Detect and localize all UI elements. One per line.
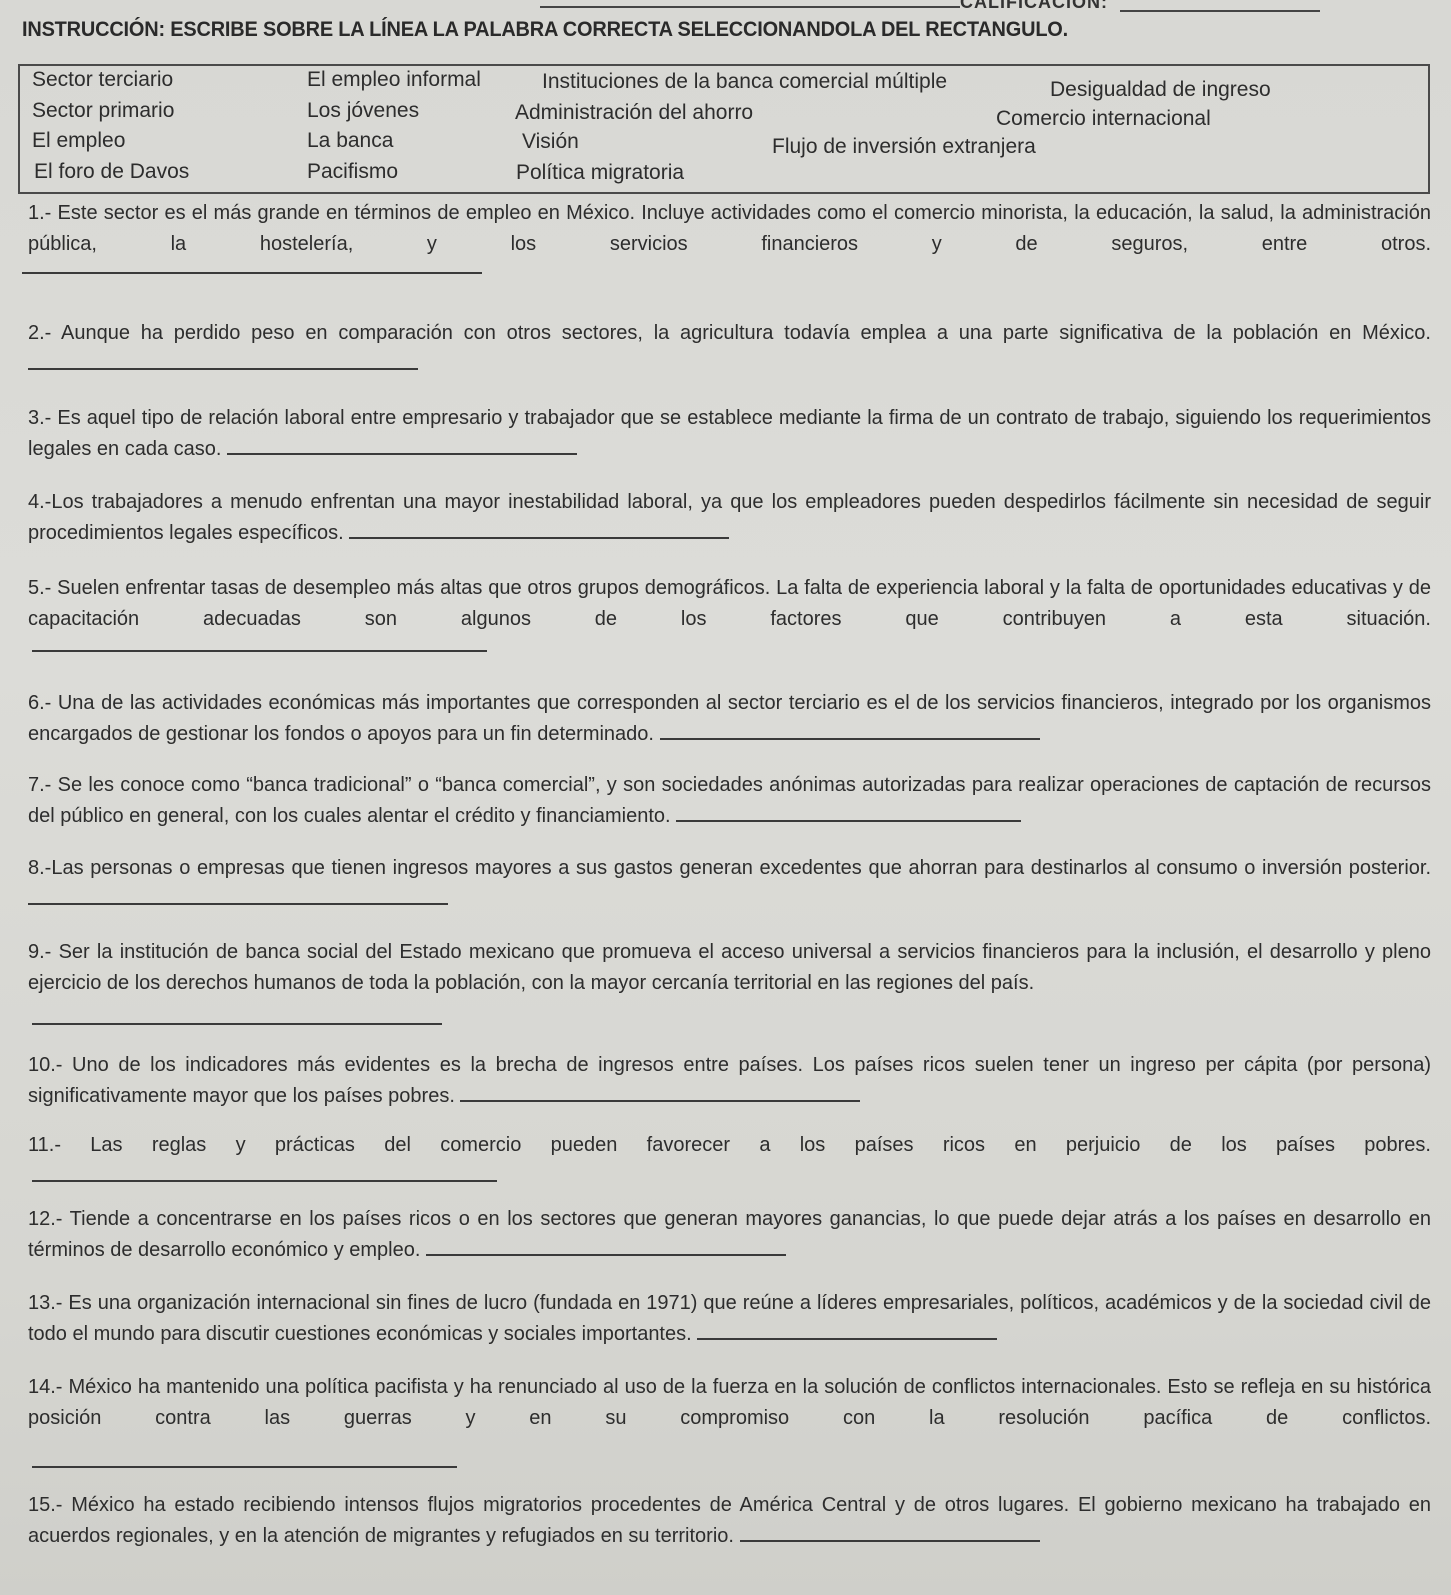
word-bank-item: Sector terciario [32,68,173,92]
question-1: 1.- Este sector es el más grande en térm… [28,198,1431,260]
word-bank-item: Sector primario [32,99,174,123]
question-6: 6.- Una de las actividades económicas má… [28,688,1431,750]
answer-blank-10[interactable] [460,1082,860,1102]
question-text: 14.- México ha mantenido una política pa… [28,1376,1431,1429]
instruction-text: INSTRUCCIÓN: ESCRIBE SOBRE LA LÍNEA LA P… [22,18,1068,42]
word-bank-item: Visión [522,130,579,154]
question-4: 4.-Los trabajadores a menudo enfrentan u… [28,487,1431,549]
question-15: 15.- México ha estado recibiendo intenso… [28,1490,1431,1552]
word-bank-item: El empleo informal [307,68,481,92]
answer-blank-15[interactable] [740,1522,1040,1542]
word-bank-item: Política migratoria [516,161,684,185]
question-12: 12.- Tiende a concentrarse en los países… [28,1204,1431,1266]
question-9: 9.- Ser la institución de banca social d… [28,937,1431,999]
question-10: 10.- Uno de los indicadores más evidente… [28,1050,1431,1112]
word-bank-item: Pacifismo [307,160,398,184]
word-bank-item: La banca [307,129,393,153]
question-7: 7.- Se les conoce como “banca tradiciona… [28,770,1431,832]
question-text: 9.- Ser la institución de banca social d… [28,941,1431,994]
word-bank-box: Sector terciario El empleo informal Inst… [18,64,1430,194]
question-text: 4.-Los trabajadores a menudo enfrentan u… [28,491,1431,544]
answer-blank-12[interactable] [426,1236,786,1256]
question-text: 1.- Este sector es el más grande en térm… [28,202,1431,255]
answer-blank-1[interactable] [22,272,482,274]
answer-blank-11[interactable] [32,1180,497,1182]
question-text: 2.- Aunque ha perdido peso en comparació… [28,322,1431,344]
answer-blank-4[interactable] [349,519,729,539]
word-bank-item: Los jóvenes [307,99,419,123]
question-text: 11.- Las reglas y prácticas del comercio… [28,1134,1431,1156]
answer-blank-9[interactable] [32,1023,442,1025]
answer-blank-6[interactable] [660,720,1040,740]
word-bank-item: Comercio internacional [996,107,1211,131]
word-bank-item: El foro de Davos [34,160,189,184]
answer-blank-7[interactable] [676,802,1021,822]
question-14: 14.- México ha mantenido una política pa… [28,1372,1431,1434]
name-blank[interactable] [540,6,960,8]
answer-blank-8[interactable] [28,885,448,905]
answer-blank-14[interactable] [32,1466,457,1468]
answer-blank-2[interactable] [28,350,418,370]
word-bank-item: El empleo [32,129,125,153]
grade-header: CALIFICACIÓN: [0,0,1451,14]
word-bank-item: Desigualdad de ingreso [1050,78,1271,102]
grade-label: CALIFICACIÓN: [960,0,1108,13]
question-13: 13.- Es una organización internacional s… [28,1288,1431,1350]
question-2: 2.- Aunque ha perdido peso en comparació… [28,318,1431,380]
grade-blank[interactable] [1120,10,1320,12]
answer-blank-5[interactable] [32,650,487,652]
question-text: 15.- México ha estado recibiendo intenso… [28,1494,1431,1547]
question-11: 11.- Las reglas y prácticas del comercio… [28,1130,1431,1161]
question-text: 8.-Las personas o empresas que tienen in… [28,857,1431,879]
word-bank-item: Administración del ahorro [515,101,753,125]
question-8: 8.-Las personas o empresas que tienen in… [28,853,1431,915]
word-bank-item: Flujo de inversión extranjera [772,135,1036,159]
question-5: 5.- Suelen enfrentar tasas de desempleo … [28,573,1431,635]
question-3: 3.- Es aquel tipo de relación laboral en… [28,403,1431,465]
answer-blank-3[interactable] [227,435,577,455]
question-text: 5.- Suelen enfrentar tasas de desempleo … [28,577,1431,630]
answer-blank-13[interactable] [697,1320,997,1340]
word-bank-item: Instituciones de la banca comercial múlt… [542,70,947,94]
